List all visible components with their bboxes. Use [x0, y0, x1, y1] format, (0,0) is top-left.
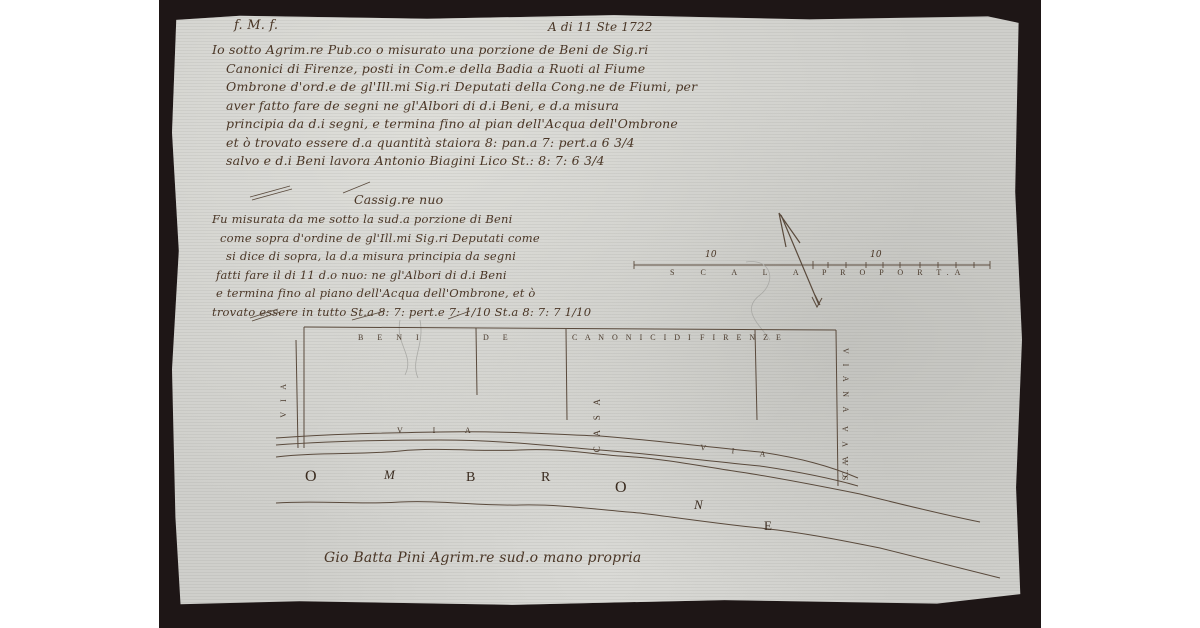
- map-label-left-via: V I A: [279, 380, 288, 418]
- river-letter: N: [694, 497, 703, 513]
- map-drawing: [0, 0, 1200, 628]
- map-label-beni: B E N I: [358, 333, 425, 342]
- map-label-right-sa: S.A: [841, 456, 850, 480]
- map-label-right-viana: V I A N A: [841, 348, 850, 416]
- map-label-casa: C A S A: [592, 395, 602, 452]
- map-label-canonici-di: C A N O N I C I D I: [572, 333, 694, 342]
- north-arrow-icon: [776, 210, 824, 310]
- road-label-via-1: V I A: [397, 426, 485, 435]
- river-letter: O: [615, 479, 627, 497]
- river-letter: O: [305, 468, 317, 486]
- river-letter: B: [466, 470, 475, 486]
- river-letter: M: [384, 467, 395, 483]
- river-letter: R: [541, 470, 550, 486]
- river-letter: E: [764, 518, 772, 534]
- surveyor-signature: Gio Batta Pini Agrim.re sud.o mano propr…: [324, 550, 641, 566]
- scale-tick-label: 10: [870, 250, 882, 260]
- scale-tick-label: 10: [705, 250, 717, 260]
- scale-label-proporta: P R O P O R T.A: [822, 268, 966, 277]
- map-label-de: D E: [483, 333, 514, 342]
- map-label-firenze: F I R E N Z E: [700, 333, 784, 342]
